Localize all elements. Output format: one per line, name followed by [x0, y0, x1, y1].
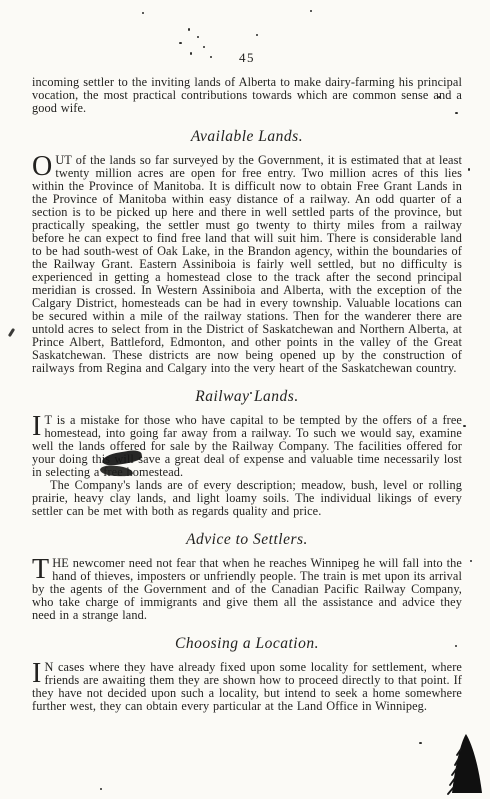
scan-speckle — [463, 425, 466, 427]
scan-speckle — [188, 28, 190, 31]
scan-speckle — [455, 645, 457, 647]
section-heading-advice-to-settlers: Advice to Settlers. — [32, 531, 462, 549]
scan-speckle — [256, 34, 258, 36]
section-heading-railway-lands: Railway Lands. — [32, 388, 462, 406]
scan-speckle — [100, 788, 102, 790]
scan-speckle — [470, 560, 472, 562]
scan-artifact-cone — [442, 731, 488, 797]
drop-cap: T — [32, 557, 52, 581]
page-number: 45 — [32, 50, 462, 66]
paragraph: IN cases where they have already fixed u… — [32, 661, 462, 713]
scan-speckle — [179, 42, 182, 44]
section-heading-available-lands: Available Lands. — [32, 128, 462, 146]
drop-cap: O — [32, 154, 55, 178]
scanned-book-page: 45 incoming settler to the inviting land… — [0, 0, 490, 799]
drop-cap: I — [32, 661, 44, 685]
continuation-paragraph: incoming settler to the inviting lands o… — [32, 76, 462, 115]
paragraph-text: UT of the lands so far surveyed by the G… — [32, 153, 462, 375]
scan-speckle — [197, 36, 199, 38]
scan-speckle — [438, 96, 441, 98]
scan-speckle — [203, 46, 205, 48]
paragraph: OUT of the lands so far surveyed by the … — [32, 154, 462, 375]
drop-cap: I — [32, 414, 44, 438]
scan-speckle — [468, 168, 470, 171]
paragraph-text: N cases where they have already fixed up… — [32, 660, 462, 713]
paragraph: THE newcomer need not fear that when he … — [32, 557, 462, 622]
scan-speckle — [310, 10, 312, 12]
paragraph: The Company's lands are of every descrip… — [32, 479, 462, 518]
scan-speckle — [455, 112, 458, 114]
scan-speckle — [419, 742, 422, 744]
paragraph-text: T is a mistake for those who have capita… — [32, 413, 462, 479]
section-heading-choosing-a-location: Choosing a Location. — [32, 635, 462, 653]
scan-speckle — [250, 392, 252, 394]
scan-speckle — [210, 56, 212, 58]
paragraph: IT is a mistake for those who have capit… — [32, 414, 462, 479]
paragraph-text: HE newcomer need not fear that when he r… — [32, 556, 462, 622]
scan-speckle — [190, 52, 192, 55]
scan-speckle — [142, 12, 144, 14]
text-block: 45 incoming settler to the inviting land… — [0, 0, 490, 713]
